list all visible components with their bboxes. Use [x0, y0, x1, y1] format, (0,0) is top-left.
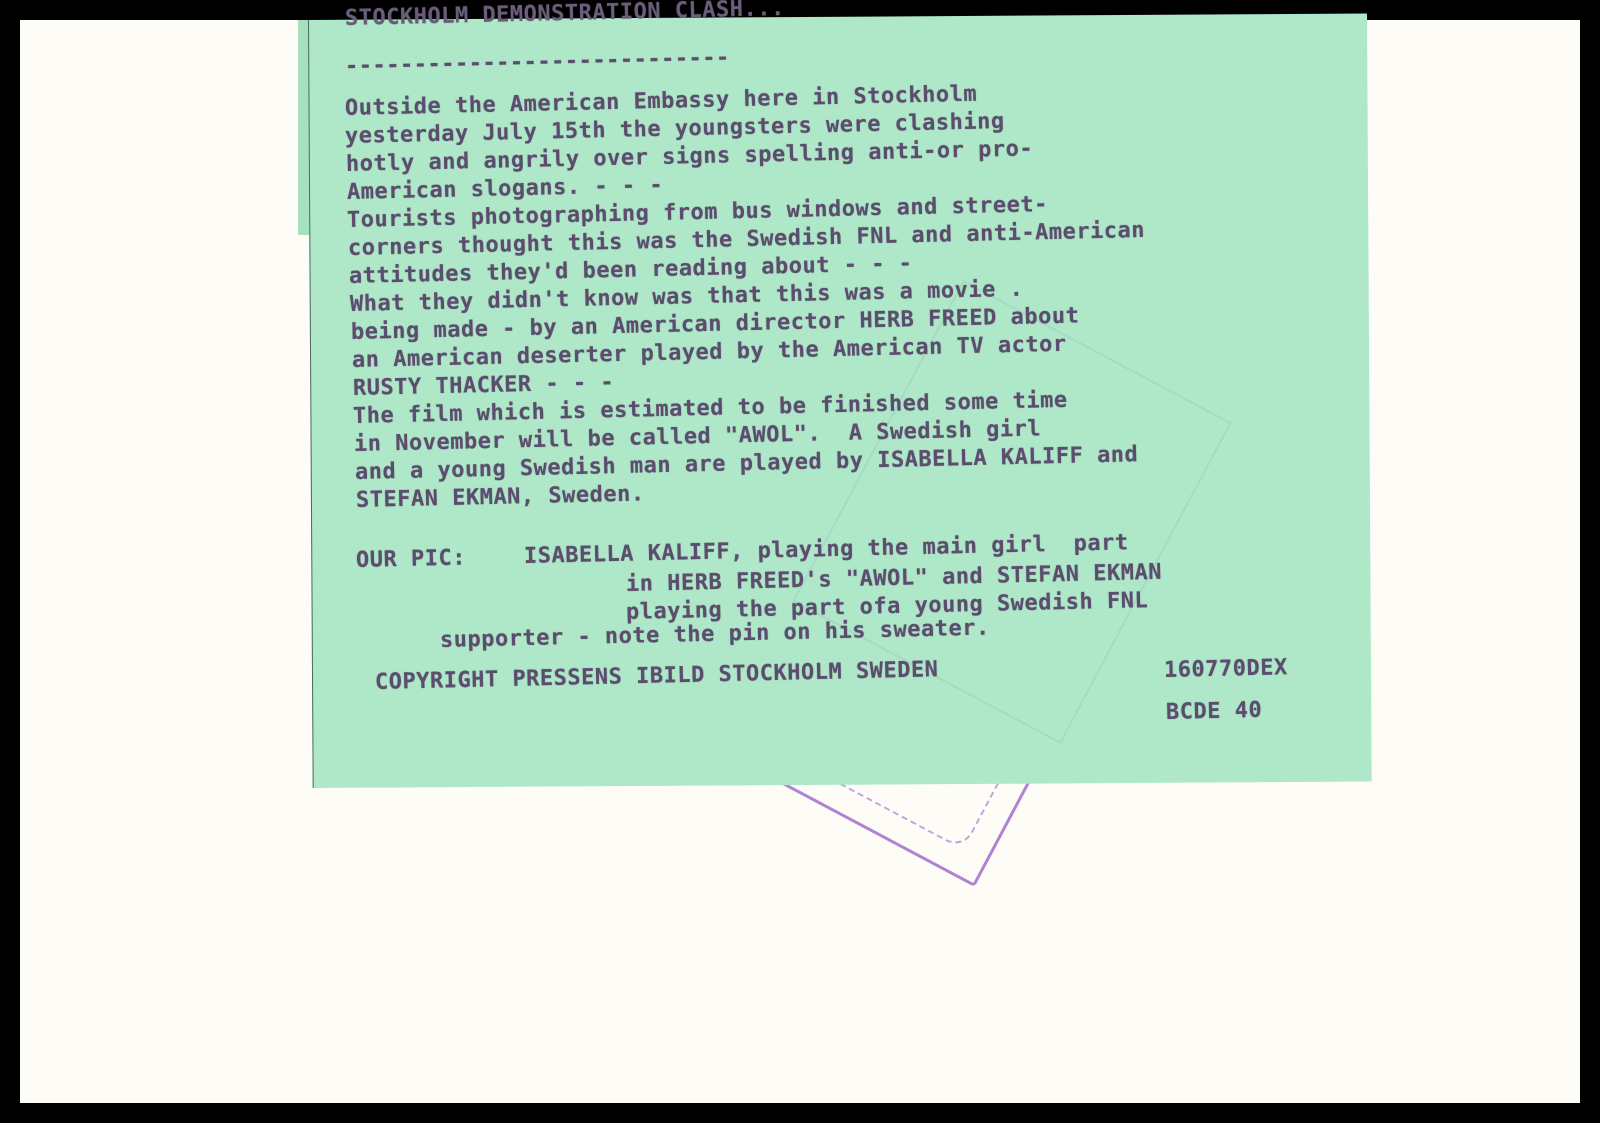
batch-code: BCDE 40 [1166, 698, 1263, 725]
caption-label: OUR PIC: [356, 546, 467, 573]
reference-code: 160770DEX [1164, 655, 1288, 683]
